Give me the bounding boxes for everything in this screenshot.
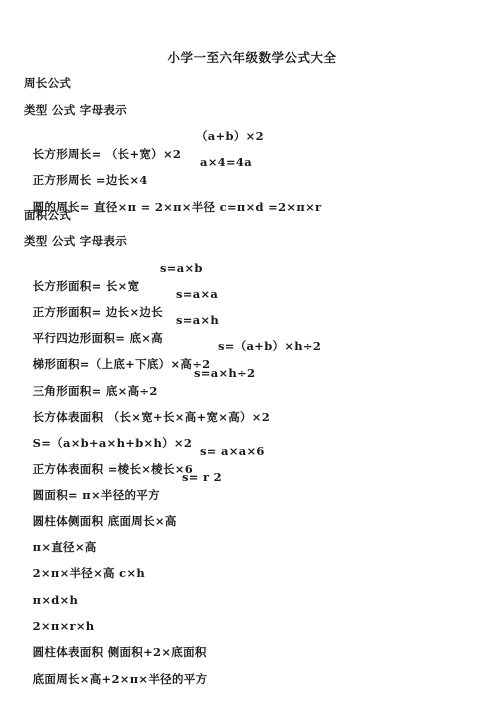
letter-formula: s= a×a×6 [200,442,265,460]
formula-row: 底面周长×高+2×π×半径的平方 [24,652,207,670]
letter-formula: s=a×b [160,259,203,277]
formula-row: 圆的周长= 直径×π = 2×π×半径 c=π×d =2×π×r [24,180,321,198]
section-heading-area: 面积公式 [24,206,71,224]
letter-formula: （a+b）×2 [196,127,264,145]
formula-row: 长方形面积= 长×宽 s=a×b [24,259,139,277]
formula-row: 三角形面积= 底×高÷2 s=a×h÷2 [24,364,158,382]
formula-row: 长方形周长= （长+宽）×2 （a+b）×2 [24,127,181,145]
formula-row: π×d×h [24,573,78,591]
letter-formula: s=a×h÷2 [194,364,255,382]
letter-formula: s=a×a [176,285,218,303]
formula-row: 正方体表面积 =棱长×棱长×6 s= a×a×6 [24,442,193,460]
letter-formula: s=（a+b）×h÷2 [218,337,321,355]
formula-row: 平行四边形面积= 底×高 s=a×h [24,311,163,329]
formula-row: 圆面积= π×半径的平方 s= r 2 [24,468,160,486]
formula-row: 圆柱体侧面积 底面周长×高 [24,494,177,512]
formula-row: 正方形周长 =边长×4 a×4=4a [24,153,148,171]
formula-row: 圆柱体表面积 侧面积+2×底面积 [24,625,207,643]
section-heading-perimeter: 周长公式 [24,74,71,92]
letter-formula: a×4=4a [200,153,252,171]
formula-row: π×直径×高 [24,520,97,538]
column-header-perimeter: 类型 公式 字母表示 [24,101,127,119]
formula-row: 正方形面积= 边长×边长 s=a×a [24,285,163,303]
column-header-area: 类型 公式 字母表示 [24,232,127,250]
formula-text: 圆的周长= 直径×π = 2×π×半径 c=π×d =2×π×r [33,200,322,214]
formula-text: 底面周长×高+2×π×半径的平方 [33,672,208,686]
formula-row: 梯形面积=（上底+下底）×高÷2 s=（a+b）×h÷2 [24,337,210,355]
letter-formula: s= r 2 [182,468,222,486]
formula-row: 长方体表面积 （长×宽+长×高+宽×高）×2 [24,390,270,408]
formula-row: S=（a×b+a×h+b×h）×2 [24,416,192,434]
document-title: 小学一至六年级数学公式大全 [0,48,500,66]
formula-row: 2×π×半径×高 c×h [24,546,145,564]
letter-formula: s=a×h [176,311,219,329]
formula-row: 2×π×r×h [24,599,94,617]
